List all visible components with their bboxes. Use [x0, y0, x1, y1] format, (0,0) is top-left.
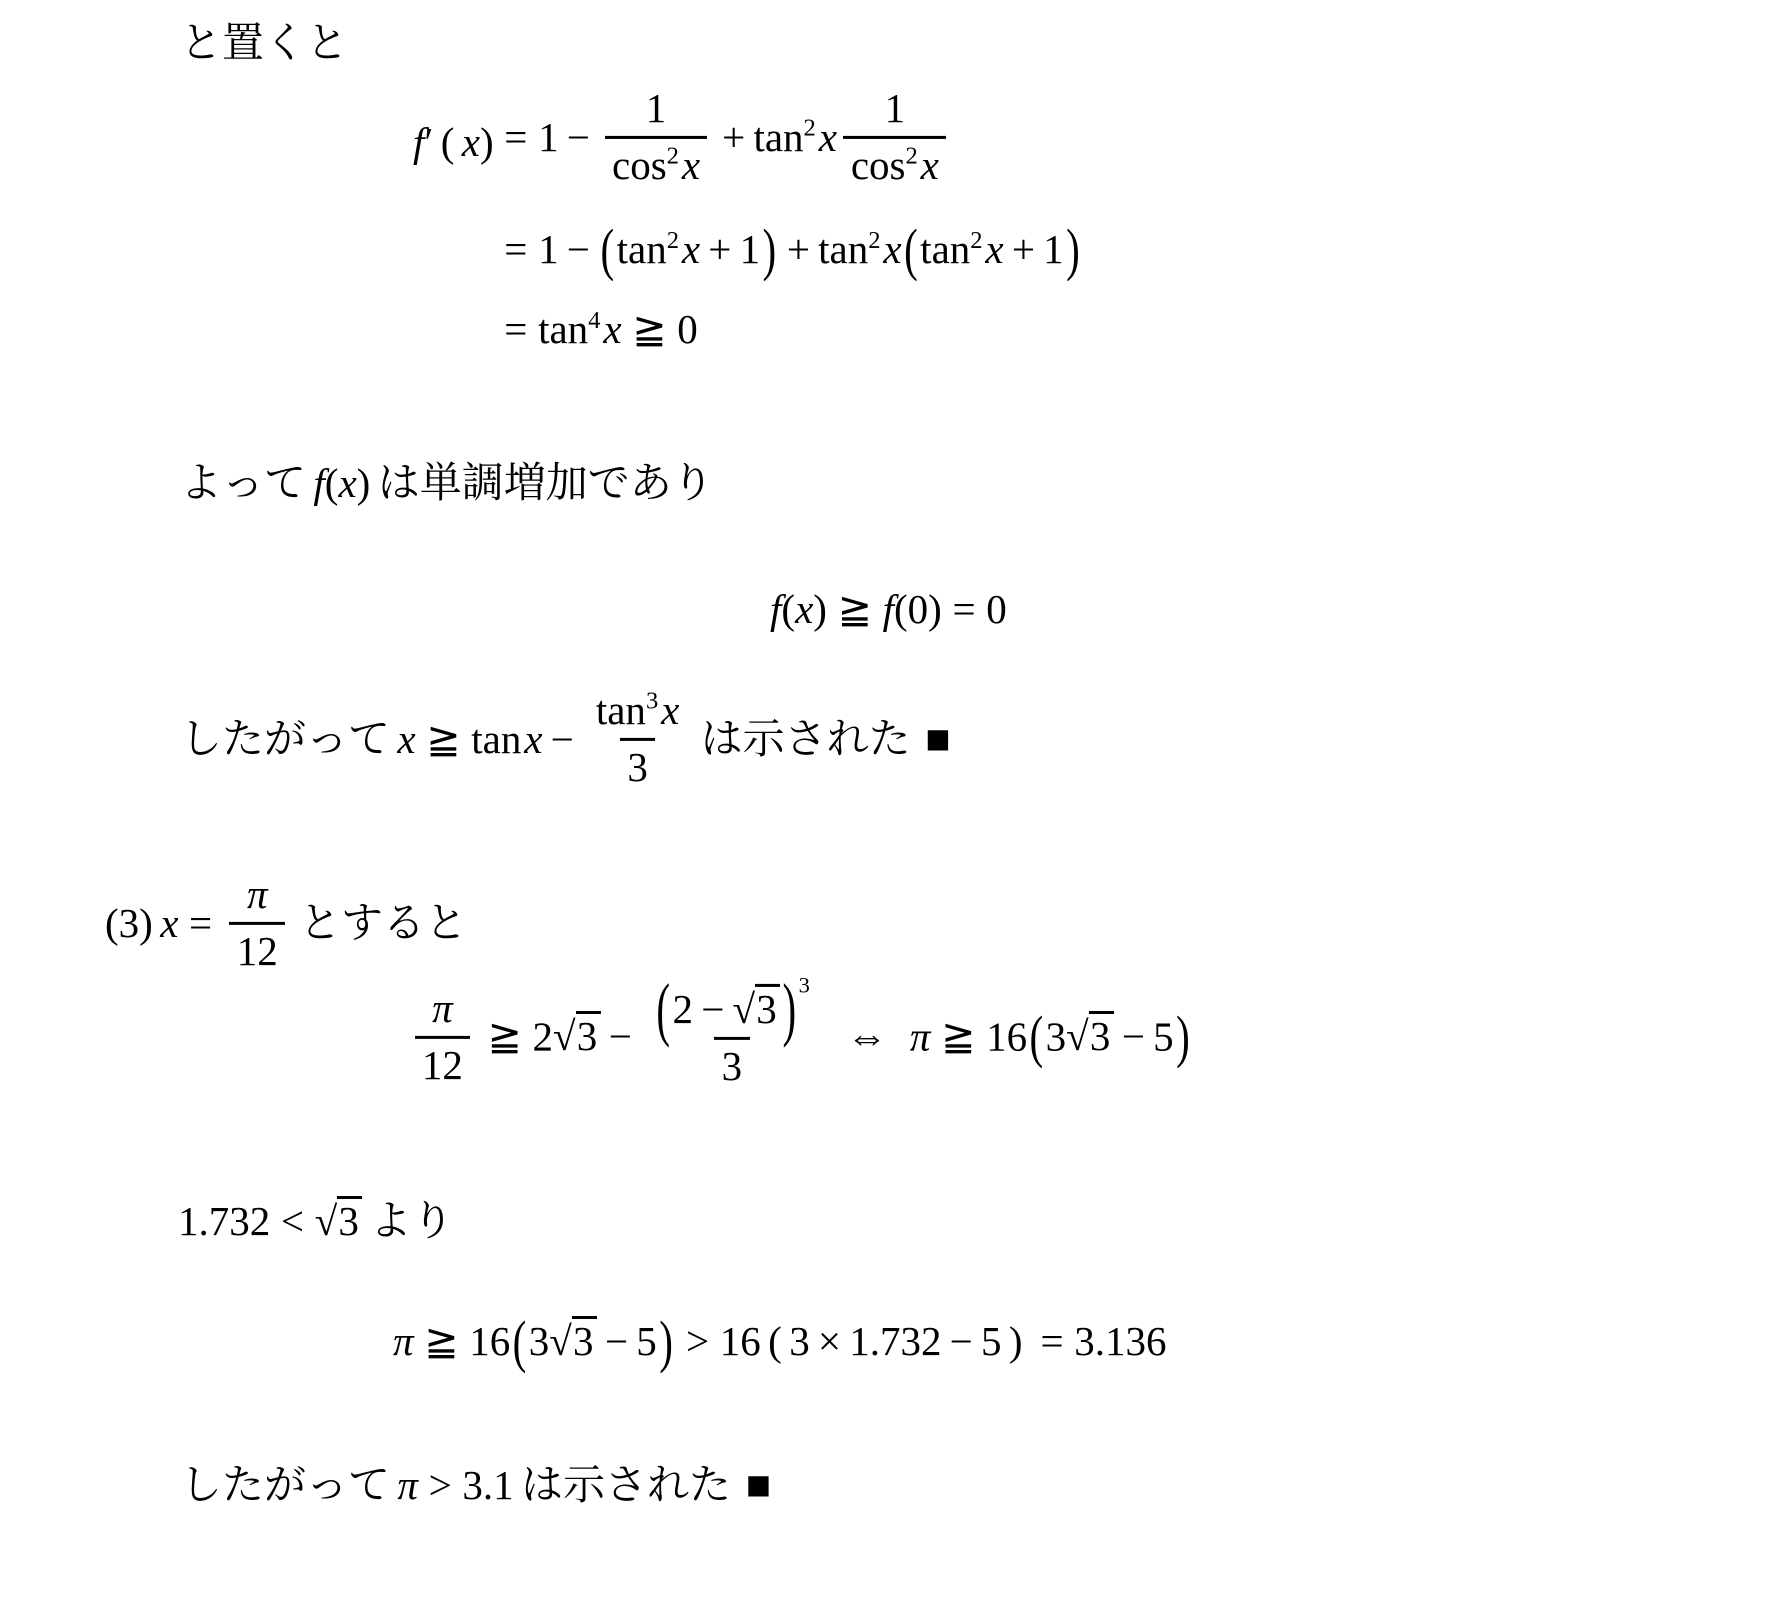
- number-zero: 0: [986, 586, 1007, 632]
- inequality-inline: x≧tanx−tan3x3: [397, 716, 693, 762]
- prime-mark: ′: [424, 119, 433, 165]
- fraction-numerator: π: [425, 985, 460, 1035]
- number-five: 5: [981, 1318, 1002, 1364]
- radical-sign: √: [315, 1197, 338, 1245]
- open-paren: (: [768, 1318, 782, 1364]
- number-16: 16: [469, 1318, 510, 1364]
- exponent-2: 2: [905, 143, 917, 170]
- fraction-denominator: 12: [229, 922, 285, 975]
- radicand-3: 3: [1089, 1011, 1114, 1060]
- sqrt-3: √3: [315, 1196, 363, 1245]
- fraction-numerator: π: [240, 872, 275, 922]
- radicand-3: 3: [572, 1316, 597, 1365]
- greater-than-sign: >: [686, 1318, 709, 1364]
- value-1732: 1.732: [849, 1318, 941, 1364]
- var-x: x: [819, 114, 837, 160]
- radicand-3: 3: [337, 1196, 362, 1245]
- tan-function: tan: [538, 306, 588, 352]
- plus-sign: +: [1012, 226, 1035, 272]
- open-paren: (: [441, 119, 455, 165]
- tosuruto-text: とすると: [299, 901, 467, 947]
- fraction-numerator: tan3x: [588, 688, 686, 738]
- var-x: x: [921, 142, 939, 188]
- number-one: 1: [538, 226, 559, 272]
- var-f: f: [413, 119, 424, 165]
- number-five: 5: [1153, 1013, 1174, 1059]
- fraction-denominator: 12: [415, 1035, 471, 1088]
- fraction-denominator: cos2x: [605, 136, 708, 189]
- fraction-one-over-cos2x: 1cos2x: [843, 86, 946, 189]
- var-x: x: [160, 900, 178, 946]
- number-one: 1: [740, 226, 761, 272]
- fraction-numerator: 1: [638, 86, 673, 136]
- geq-sign: ≧: [838, 586, 872, 632]
- fraction-cubed-over-3: (2−√3)33: [647, 984, 818, 1090]
- sqrt-3: √3: [549, 1316, 597, 1365]
- qed-square: ■: [925, 717, 950, 763]
- big-open-paren: (: [656, 970, 670, 1049]
- fraction-denominator: 3: [620, 738, 655, 791]
- var-f: f: [883, 586, 894, 632]
- number-zero: 0: [908, 586, 929, 632]
- exponent-2: 2: [667, 143, 679, 170]
- tan-function: tan: [818, 226, 868, 272]
- fraction-one-over-cos2x: 1cos2x: [605, 86, 708, 189]
- intro-text: と置くと: [180, 21, 348, 67]
- sqrt-3: √3: [1066, 1011, 1114, 1060]
- exponent-2: 2: [804, 115, 816, 142]
- plus-sign: +: [722, 114, 745, 160]
- sqrt-3: √3: [553, 1011, 601, 1060]
- value-3136: 3.136: [1074, 1318, 1166, 1364]
- close-paren: ): [813, 586, 827, 632]
- qed-square: ■: [746, 1463, 771, 1509]
- cos-function: cos: [851, 142, 906, 188]
- conclusion-part2-line: したがってx≧tanx−tan3x3は示された■: [180, 692, 951, 795]
- times-sign: ×: [818, 1318, 841, 1364]
- radicand-3: 3: [576, 1011, 601, 1060]
- shitagatte-text: したがって: [180, 1463, 390, 1509]
- minus-sign: −: [551, 716, 574, 762]
- geq-sign: ≧: [488, 1013, 522, 1059]
- open-paren: (: [781, 586, 795, 632]
- equals-sign: =: [504, 114, 527, 160]
- radical-sign: √: [733, 987, 756, 1033]
- conclusion-part3-line: したがってπ>3.1は示された■: [180, 1452, 771, 1512]
- exponent-3: 3: [799, 972, 810, 997]
- fraction-tan3x-over-3: tan3x3: [588, 688, 686, 791]
- minus-sign: −: [605, 1318, 628, 1364]
- big-close-paren: ): [659, 1307, 673, 1375]
- number-three: 3: [1046, 1013, 1067, 1059]
- shitagatte-text: したがって: [180, 717, 390, 763]
- pi-twelfth-inequality-line: π12≧2√3−(2−√3)33⇔π≧16(3√3−5): [408, 988, 1192, 1094]
- shimesareta-text: は示された: [521, 1463, 731, 1509]
- fraction-pi-over-12: π12: [415, 985, 471, 1088]
- number-two: 2: [533, 1013, 554, 1059]
- big-open-paren: (: [513, 1307, 527, 1375]
- fraction-pi-over-12: π12: [229, 872, 285, 975]
- intro-line: と置くと: [180, 10, 348, 70]
- var-f: f: [313, 460, 324, 506]
- yori-text: より: [370, 1199, 454, 1245]
- minus-sign: −: [567, 226, 590, 272]
- fx-inline: f(x): [313, 460, 370, 506]
- exponent-4: 4: [588, 307, 600, 334]
- var-pi: π: [393, 1318, 414, 1364]
- number-three: 3: [529, 1318, 550, 1364]
- shimesareta-text: は示された: [701, 717, 911, 763]
- geq-sign: ≧: [424, 1318, 458, 1364]
- fraction-numerator: (2−√3)3: [647, 984, 818, 1037]
- cos-function: cos: [612, 142, 667, 188]
- derivative-equation-block: f′(x) =1−1cos2x+tan2x1cos2x =1−(tan2x+1)…: [413, 90, 1082, 353]
- minus-sign: −: [609, 1013, 632, 1059]
- pi-lower-bound-line: π≧16(3√3−5)>16(3×1.732−5)=3.136: [393, 1316, 1167, 1365]
- aligned-equations: f′(x) =1−1cos2x+tan2x1cos2x =1−(tan2x+1)…: [413, 90, 1082, 353]
- value-31: 3.1: [462, 1462, 513, 1508]
- exponent-2: 2: [868, 227, 880, 254]
- eq1-row2: =1−(tan2x+1)+tan2x(tan2x+1): [494, 225, 1083, 273]
- close-paren: ): [1009, 1318, 1023, 1364]
- equals-sign: =: [952, 586, 975, 632]
- tan-function: tan: [920, 226, 970, 272]
- number-one: 1: [538, 114, 559, 160]
- big-close-paren: ): [1176, 1002, 1190, 1070]
- var-x: x: [795, 586, 813, 632]
- iff-arrow: ⇔: [846, 1013, 887, 1059]
- number-16: 16: [986, 1013, 1027, 1059]
- equals-sign: =: [504, 306, 527, 352]
- tan-function: tan: [753, 114, 803, 160]
- geq-sign: ≧: [426, 716, 460, 762]
- pi-gt-31: π>3.1: [397, 1462, 513, 1508]
- tan-function: tan: [471, 716, 521, 762]
- big-open-paren: (: [601, 215, 615, 283]
- sqrt3-bound-line: 1.732<√3より: [178, 1188, 461, 1248]
- number-three: 3: [789, 1318, 810, 1364]
- var-x: x: [985, 226, 1003, 272]
- close-paren: ): [357, 460, 371, 506]
- fx-geq-f0-line: f(x)≧f(0)=0: [770, 585, 1007, 633]
- var-f: f: [770, 586, 781, 632]
- sqrt-3: √3: [733, 984, 781, 1033]
- radical-sign: √: [549, 1317, 572, 1365]
- exponent-2: 2: [970, 227, 982, 254]
- radical-sign: √: [1066, 1012, 1089, 1060]
- var-x: x: [397, 716, 415, 762]
- tan-function: tan: [617, 226, 667, 272]
- minus-sign: −: [950, 1318, 973, 1364]
- plus-sign: +: [708, 226, 731, 272]
- greater-than-sign: >: [429, 1462, 452, 1508]
- minus-sign: −: [1122, 1013, 1145, 1059]
- open-paren: (: [894, 586, 908, 632]
- monotone-text: は単調増加であり: [378, 461, 714, 507]
- radicand-3: 3: [755, 984, 780, 1033]
- equals-sign: =: [1041, 1318, 1064, 1364]
- exponent-2: 2: [667, 227, 679, 254]
- value-1732: 1.732: [178, 1198, 270, 1244]
- var-x: x: [462, 119, 480, 165]
- var-x: x: [883, 226, 901, 272]
- eq1-row1: =1−1cos2x+tan2x1cos2x: [494, 90, 953, 193]
- var-x: x: [524, 716, 542, 762]
- radical-sign: √: [553, 1012, 576, 1060]
- var-x: x: [661, 687, 679, 733]
- part3-heading: (3)x=π12とすると: [105, 876, 467, 979]
- var-x: x: [603, 306, 621, 352]
- math-solution-page: と置くと f′(x) =1−1cos2x+tan2x1cos2x =1−(tan…: [0, 0, 1766, 1622]
- close-paren: ): [480, 119, 494, 165]
- number-two: 2: [673, 986, 694, 1032]
- close-paren: ): [928, 586, 942, 632]
- sqrt3-inequality: 1.732<√3: [178, 1198, 362, 1244]
- fraction-denominator: cos2x: [843, 136, 946, 189]
- fraction-denominator: 3: [714, 1037, 749, 1090]
- minus-sign: −: [701, 986, 724, 1032]
- var-x: x: [682, 142, 700, 188]
- eq1-row3: =tan4x≧0: [494, 305, 698, 353]
- x-equals-pi-12: x=π12: [160, 900, 291, 946]
- open-paren: (: [325, 460, 339, 506]
- fraction-numerator: 1: [877, 86, 912, 136]
- minus-sign: −: [567, 114, 590, 160]
- geq-sign: ≧: [941, 1013, 975, 1059]
- big-close-paren: ): [763, 215, 777, 283]
- number-one: 1: [1043, 226, 1064, 272]
- number-16: 16: [720, 1318, 761, 1364]
- eq1-lhs: f′(x): [413, 118, 494, 166]
- big-open-paren: (: [904, 215, 918, 283]
- item-number: (3): [105, 900, 153, 946]
- var-pi: π: [397, 1462, 418, 1508]
- big-close-paren: ): [782, 970, 796, 1049]
- less-than-sign: <: [281, 1198, 304, 1244]
- var-x: x: [338, 460, 356, 506]
- var-x: x: [682, 226, 700, 272]
- monotonic-line: よってf(x)は単調増加であり: [180, 450, 714, 510]
- geq-sign: ≧: [632, 306, 666, 352]
- yotte-text: よって: [180, 461, 306, 507]
- big-close-paren: ): [1066, 215, 1080, 283]
- number-zero: 0: [677, 306, 698, 352]
- exponent-3: 3: [646, 688, 658, 715]
- plus-sign: +: [787, 226, 810, 272]
- equals-sign: =: [504, 226, 527, 272]
- tan-function: tan: [596, 687, 646, 733]
- number-five: 5: [636, 1318, 657, 1364]
- equals-sign: =: [189, 900, 212, 946]
- var-pi: π: [910, 1013, 931, 1059]
- big-open-paren: (: [1030, 1002, 1044, 1070]
